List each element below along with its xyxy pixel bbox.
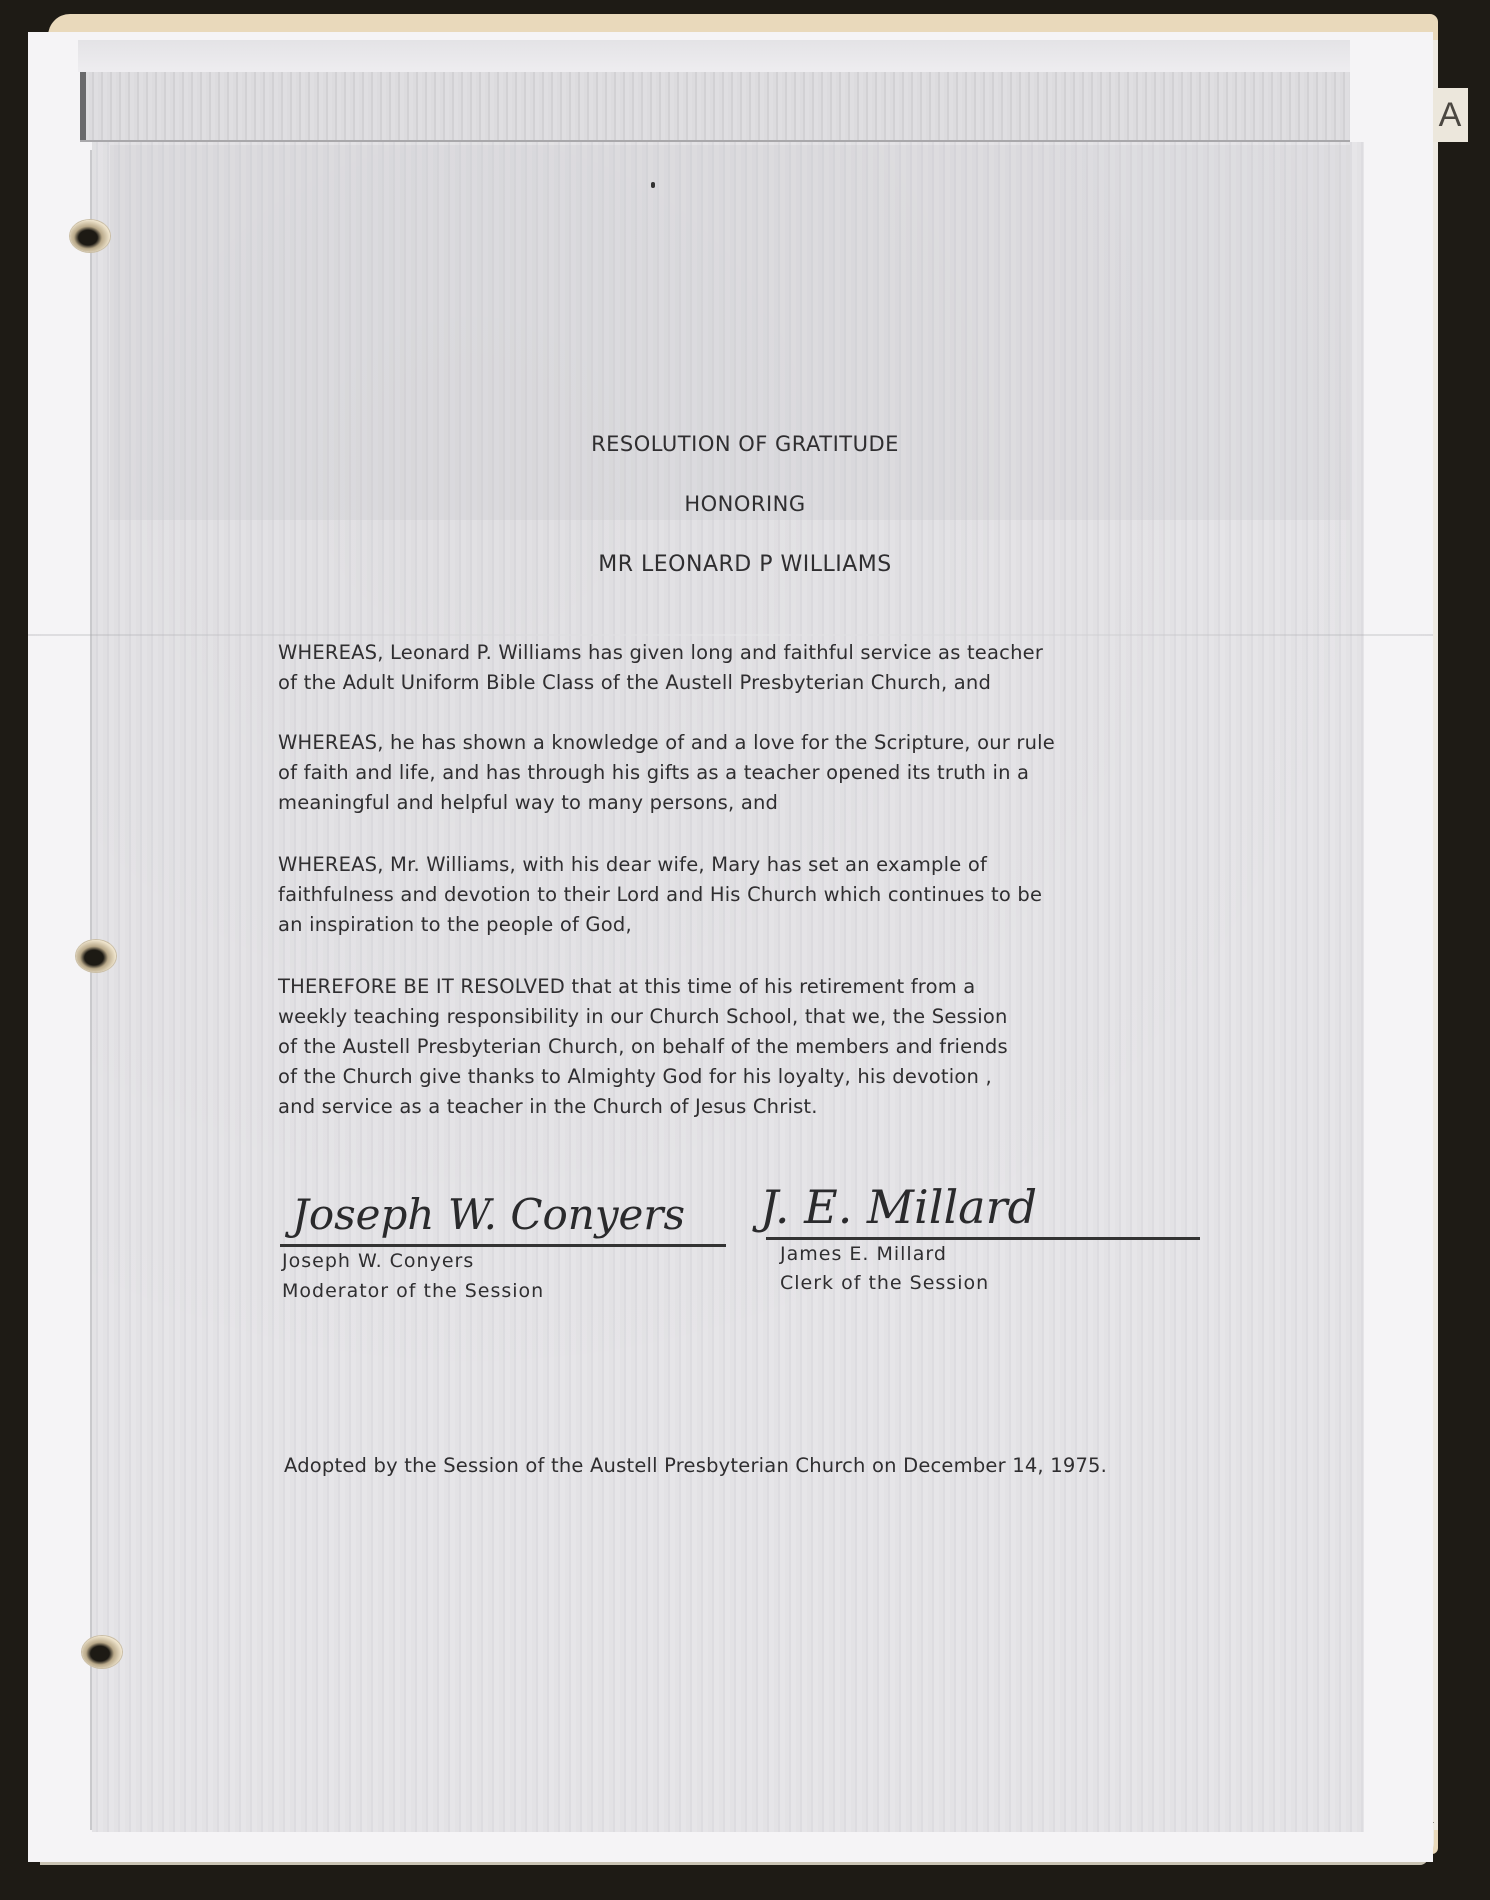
paragraph-line: of the Church give thanks to Almighty Go…	[278, 1062, 1178, 1092]
paragraph-line: THEREFORE BE IT RESOLVED that at this ti…	[278, 972, 1178, 1002]
index-tab[interactable]: A	[1432, 88, 1468, 142]
paragraph-line: faithfulness and devotion to their Lord …	[278, 880, 1178, 910]
document-title: RESOLUTION OF GRATITUDE	[0, 432, 1490, 456]
photocopy-upper-shade	[110, 145, 1350, 520]
honoree-name: MR LEONARD P WILLIAMS	[0, 552, 1490, 577]
signer-role-left: Moderator of the Session	[282, 1280, 544, 1302]
document-subtitle: HONORING	[0, 492, 1490, 516]
punch-hole-icon	[76, 940, 116, 972]
photocopy-band-edge	[80, 72, 86, 140]
signature-line-left	[280, 1244, 726, 1247]
punch-hole-icon	[82, 1636, 122, 1668]
paragraph-resolved: THEREFORE BE IT RESOLVED that at this ti…	[278, 972, 1178, 1122]
toner-speck	[651, 182, 655, 188]
signature-millard: J. E. Millard	[760, 1180, 1037, 1234]
paragraph-line: of the Adult Uniform Bible Class of the …	[278, 668, 1178, 698]
paragraph-line: WHEREAS, Mr. Williams, with his dear wif…	[278, 850, 1178, 880]
paragraph-whereas-1: WHEREAS, Leonard P. Williams has given l…	[278, 638, 1178, 698]
signature-conyers: Joseph W. Conyers	[292, 1190, 685, 1239]
paragraph-line: of the Austell Presbyterian Church, on b…	[278, 1032, 1178, 1062]
paragraph-line: WHEREAS, Leonard P. Williams has given l…	[278, 638, 1178, 668]
paragraph-whereas-3: WHEREAS, Mr. Williams, with his dear wif…	[278, 850, 1178, 940]
margin-line	[90, 150, 92, 1830]
photocopy-band	[80, 72, 1350, 142]
signer-name-right: James E. Millard	[780, 1243, 947, 1265]
paragraph-whereas-2: WHEREAS, he has shown a knowledge of and…	[278, 728, 1178, 818]
punch-hole-icon	[70, 220, 110, 252]
signer-role-right: Clerk of the Session	[780, 1272, 989, 1294]
paragraph-line: meaningful and helpful way to many perso…	[278, 788, 1178, 818]
photocopy-header-area	[78, 40, 1350, 72]
paragraph-line: of faith and life, and has through his g…	[278, 758, 1178, 788]
signature-line-right	[766, 1237, 1200, 1240]
signer-name-left: Joseph W. Conyers	[282, 1250, 474, 1272]
paragraph-line: an inspiration to the people of God,	[278, 910, 1178, 940]
paragraph-line: weekly teaching responsibility in our Ch…	[278, 1002, 1178, 1032]
fold-crease	[28, 634, 1433, 636]
adoption-statement: Adopted by the Session of the Austell Pr…	[284, 1454, 1107, 1477]
paragraph-line: and service as a teacher in the Church o…	[278, 1092, 1178, 1122]
paragraph-line: WHEREAS, he has shown a knowledge of and…	[278, 728, 1178, 758]
